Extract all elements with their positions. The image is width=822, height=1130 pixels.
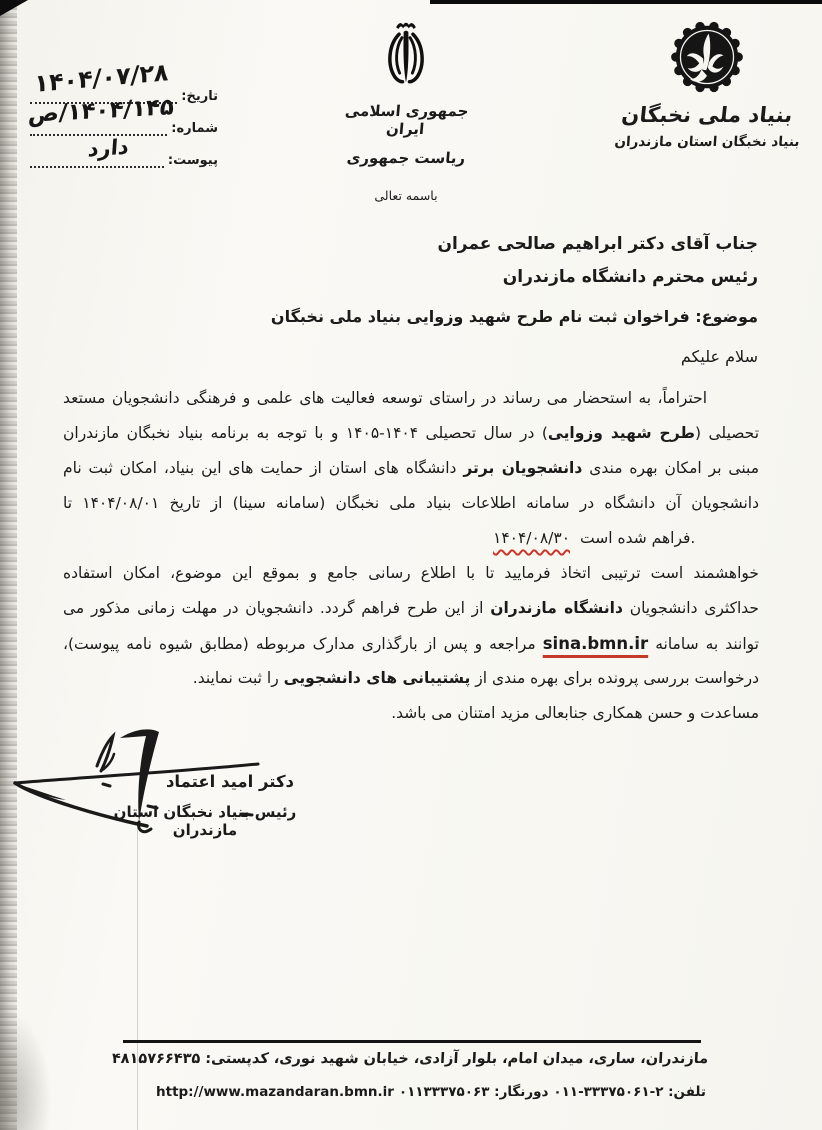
scan-top-edge-artifact: [430, 0, 822, 4]
iran-emblem-icon: [377, 20, 435, 96]
body-text-segment: مبنی بر امکان بهره مندی: [582, 459, 759, 477]
body-text-segment: خواهشمند است ترتیبی اتخاذ فرمایید تا با …: [63, 564, 759, 582]
scanned-letter-page: تاریخ: شماره: پیوست: ۱۴۰۴/۰۷/۲۸ ۱۴۰۴/۱۴۵…: [0, 0, 822, 1130]
signatory-name: دکتر امید اعتماد: [150, 772, 310, 791]
red-underlined-deadline-date: ۱۴۰۴/۰۸/۳۰: [493, 529, 570, 547]
recipient-title: رئیس محترم دانشگاه مازندران: [300, 261, 758, 294]
body-line: درخواست بررسی پرونده برای بهره مندی از پ…: [63, 661, 759, 696]
body-line: مبنی بر امکان بهره مندی دانشجویان برتر د…: [63, 451, 759, 486]
signatory-title: رئیس بنیاد نخبگان استان مازندران: [82, 803, 328, 839]
footer-fax: دورنگار: ۰۱۱۳۳۳۷۵۰۶۳: [399, 1084, 549, 1100]
subject-line: موضوع: فراخوان ثبت نام طرح شهید وزوایی ب…: [64, 307, 758, 326]
scan-bottom-left-smudge: [0, 1010, 52, 1130]
foundation-name: بنیاد ملی نخبگان: [603, 103, 812, 127]
footer-contact-row: تلفن: ۲-۳۳۳۷۵۰۶۱-۰۱۱ دورنگار: ۰۱۱۳۳۳۷۵۰۶…: [156, 1084, 706, 1100]
date-label: تاریخ:: [181, 89, 218, 104]
body-text-segment: مساعدت و حسن همکاری جنابعالی مزید امتنان…: [391, 704, 759, 722]
bold-text-segment: دانشجویان برتر: [463, 459, 582, 477]
bold-text-segment: طرح شهید وزوایی: [548, 424, 695, 442]
presidency-office: ریاست جمهوری: [327, 149, 485, 167]
number-label: شماره:: [171, 121, 218, 136]
handwritten-attachment-value: دارد: [87, 134, 129, 161]
body-line: دانشجویان آن دانشگاه در سامانه اطلاعات ب…: [63, 486, 759, 521]
letter-body: احتراماً، به استحضار می رساند در راستای …: [63, 381, 759, 731]
body-text-segment: تحصیلی (: [695, 424, 759, 442]
body-line: خواهشمند است ترتیبی اتخاذ فرمایید تا با …: [63, 556, 759, 591]
letterhead-right: بنیاد ملی نخبگان بنیاد نخبگان استان مازن…: [604, 18, 810, 150]
letterhead-reference-fields: تاریخ: شماره: پیوست: ۱۴۰۴/۰۷/۲۸ ۱۴۰۴/۱۴۵…: [30, 80, 218, 176]
body-text-segment: ) در سال تحصیلی ۱۴۰۴-۱۴۰۵ و با توجه به ب…: [63, 424, 548, 442]
footer-phone: تلفن: ۲-۳۳۳۷۵۰۶۱-۰۱۱: [553, 1084, 706, 1100]
body-line: حداکثری دانشجویان دانشگاه مازندران از ای…: [63, 591, 759, 626]
bold-text-segment: دانشگاه مازندران: [490, 599, 623, 617]
body-text-segment: را ثبت نمایند.: [193, 669, 284, 687]
bold-text-segment: پشتیبانی های دانشجویی: [284, 669, 471, 687]
attachment-label: پیوست:: [168, 153, 218, 168]
scan-left-edge-artifact: [0, 0, 17, 1130]
body-text-segment: حداکثری دانشجویان: [623, 599, 759, 617]
salutation: سلام علیکم: [400, 347, 758, 366]
body-text-segment: مراجعه و پس از بارگذاری مدارک مربوطه (مط…: [63, 635, 543, 653]
body-text-segment: درخواست بررسی پرونده برای بهره مندی از: [470, 669, 759, 687]
recipient-name: جناب آقای دکتر ابراهیم صالحی عمران: [300, 228, 758, 261]
basmala-text: باسمه تعالی: [328, 188, 484, 203]
country-name: جمهوری اسلامی ایران: [326, 102, 485, 138]
body-text-segment: دانشگاه های استان از حمایت های این بنیاد…: [63, 459, 463, 477]
body-text-segment: از این طرح فراهم گردد. دانشجویان در مهلت…: [63, 599, 490, 617]
elites-foundation-seal-icon: [668, 18, 746, 96]
paper-fold-line: [137, 826, 138, 1130]
recipient-block: جناب آقای دکتر ابراهیم صالحی عمران رئیس …: [300, 228, 758, 294]
body-text-segment: توانند به سامانه: [648, 635, 759, 653]
foundation-branch-name: بنیاد نخبگان استان مازندران: [603, 134, 810, 150]
sina-portal-url: sina.bmn.ir: [543, 634, 648, 653]
body-line: ۱۴۰۴/۰۸/۳۰فراهم شده است.: [63, 521, 759, 556]
footer-website-url: http://www.mazandaran.bmn.ir: [156, 1084, 394, 1100]
body-text-segment: دانشجویان آن دانشگاه در سامانه اطلاعات ب…: [63, 494, 759, 512]
footer-address: مازندران، ساری، میدان امام، بلوار آزادی،…: [108, 1051, 713, 1067]
body-line: توانند به سامانه sina.bmn.ir مراجعه و پس…: [63, 626, 759, 661]
body-text-segment: احتراماً، به استحضار می رساند در راستای …: [63, 389, 707, 407]
footer-divider-line: [123, 1040, 701, 1043]
letterhead-center: جمهوری اسلامی ایران ریاست جمهوری باسمه ت…: [328, 20, 484, 203]
body-text-segment: فراهم شده است.: [580, 529, 695, 547]
body-line: تحصیلی (طرح شهید وزوایی) در سال تحصیلی ۱…: [63, 416, 759, 451]
body-line: احتراماً، به استحضار می رساند در راستای …: [63, 381, 759, 416]
